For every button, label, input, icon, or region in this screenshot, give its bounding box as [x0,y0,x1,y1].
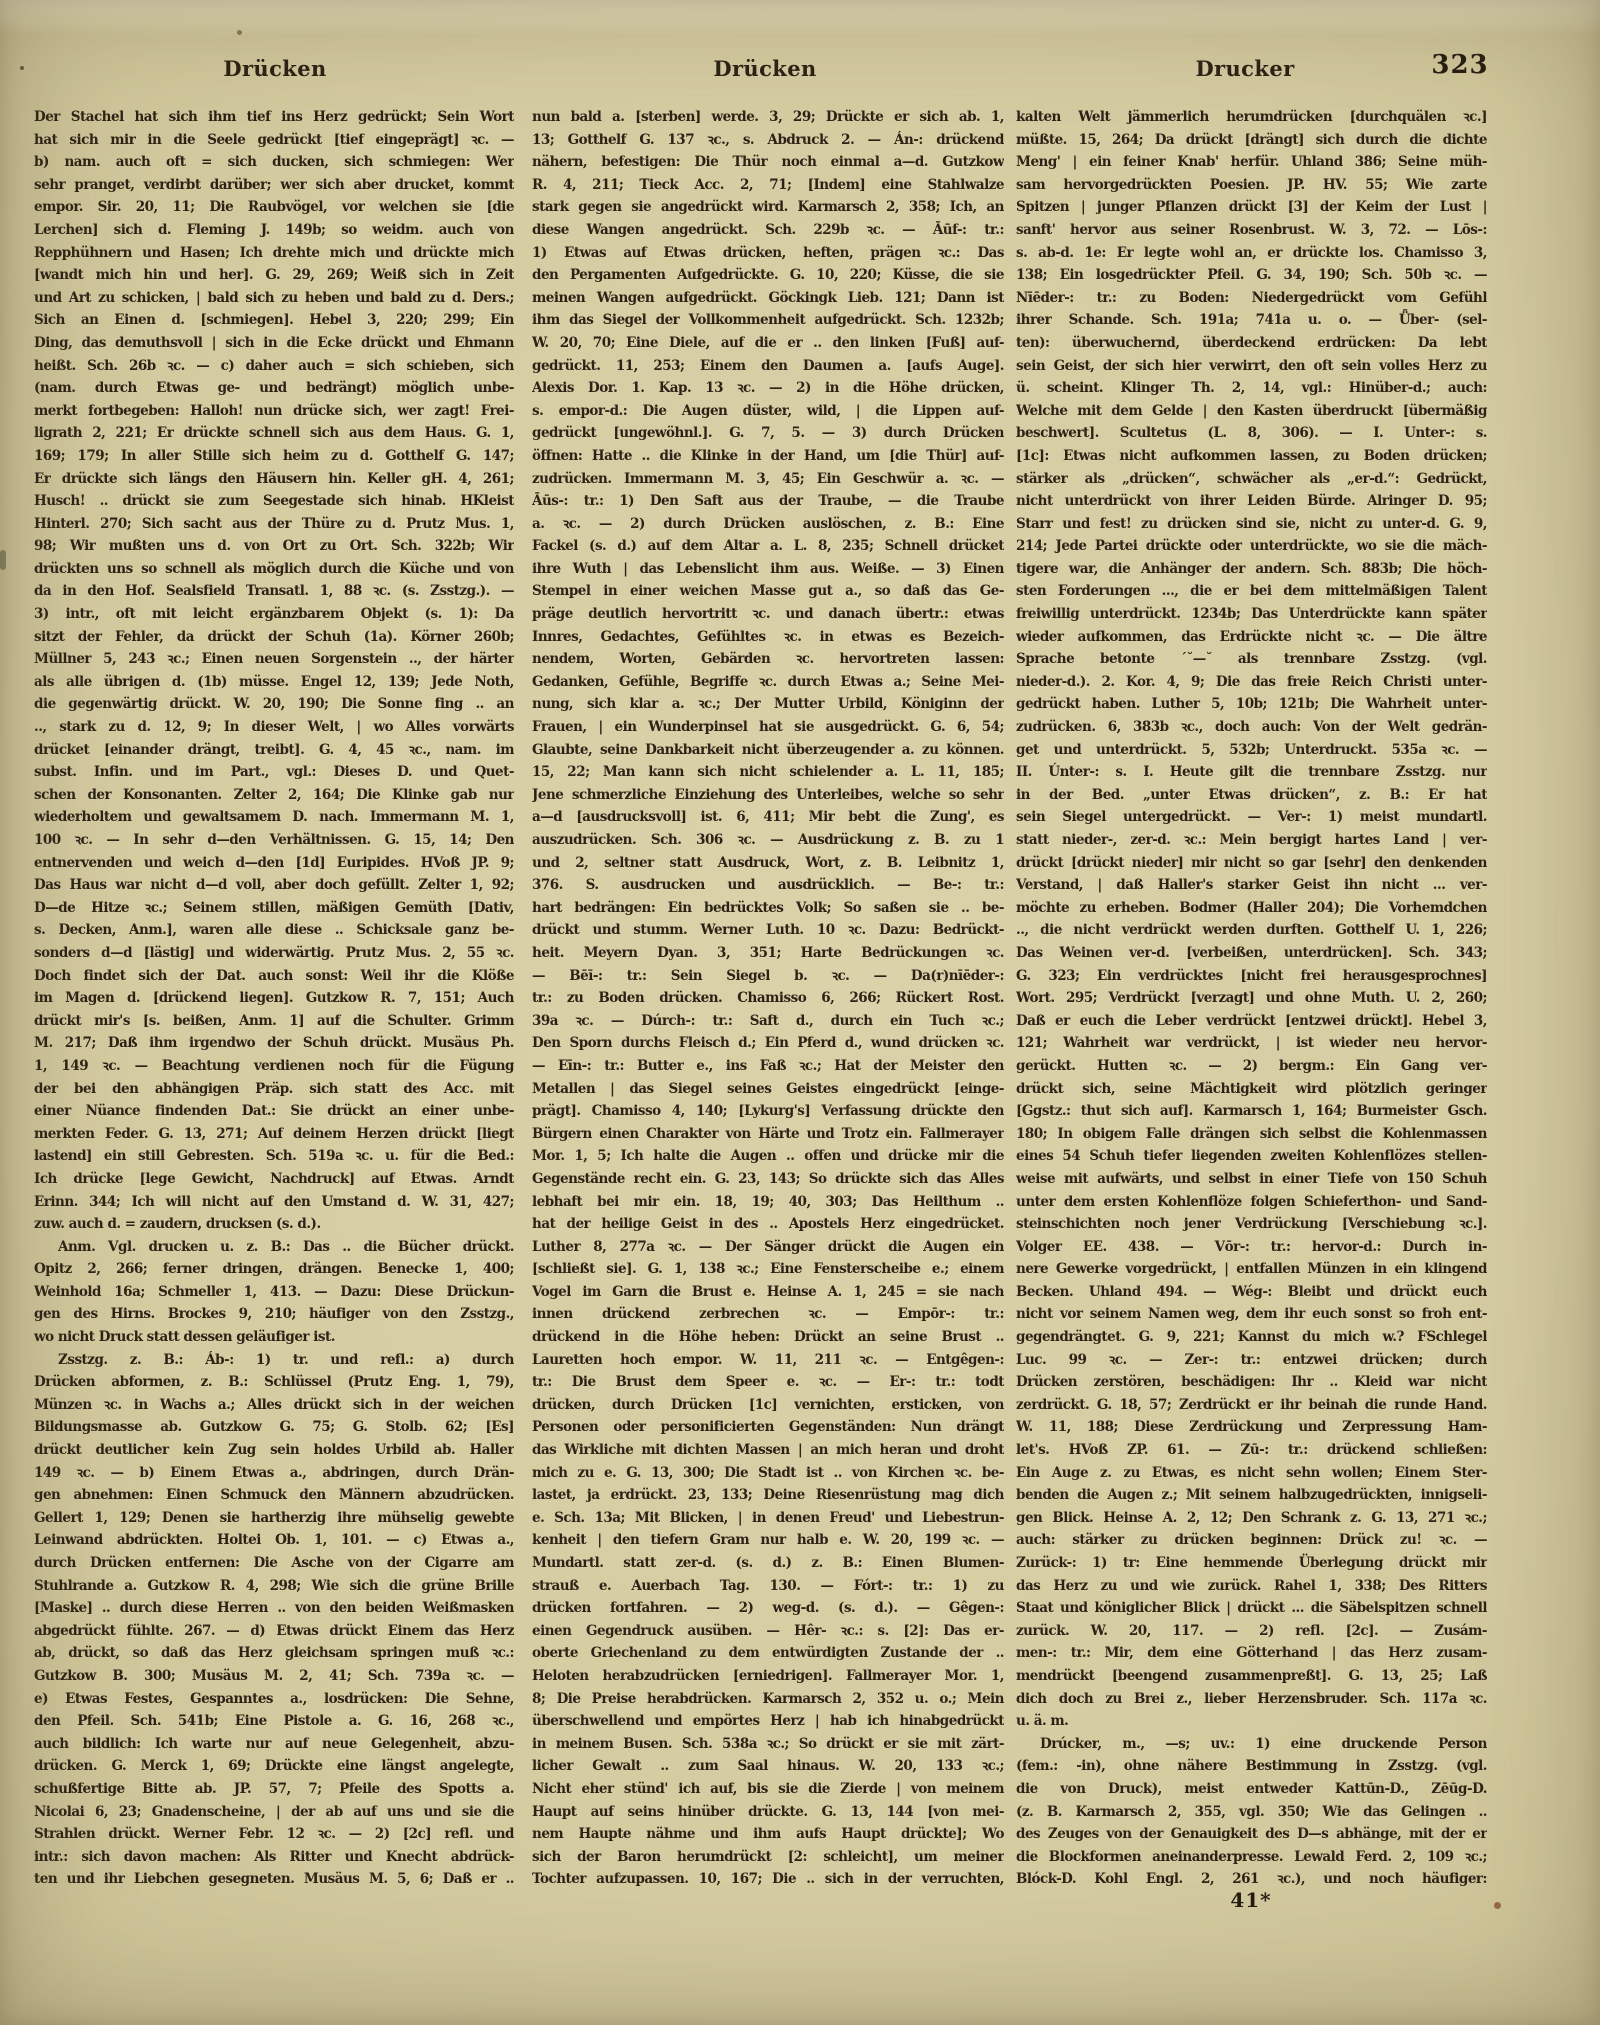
text-line: Gegenstände recht ein. G. 23, 143; So dr… [532,1168,1004,1191]
text-line: 169; 179; In aller Stille sich heim zu d… [34,445,514,468]
text-line: Drúcker, m., —s; uv.: 1) eine druckende … [1016,1733,1487,1756]
text-line: gerückt. Hutten ꝛc. — 2) bergm.: Ein Gan… [1016,1055,1487,1078]
text-line: steinschichten noch jener Verdrückung [V… [1016,1213,1487,1236]
text-line: stark gegen sie angedrückt wird. Karmars… [532,196,1004,219]
text-line: Lauretten hoch empor. W. 11, 211 ꝛc. — E… [532,1349,1004,1372]
text-line: drücken fortfahren. — 2) weg-d. (s. d.).… [532,1597,1004,1620]
text-line: drückend in die Höhe heben: Drückt an se… [532,1326,1004,1349]
text-line: in der Bed. „unter Etwas drücken“, z. B.… [1016,784,1487,807]
text-line: 39a ꝛc. — Dúrch-: tr.: Saft d., durch ei… [532,1010,1004,1033]
text-line: tr.: Die Brust dem Speer e. ꝛc. — Er-: t… [532,1371,1004,1394]
text-line: Hinterl. 270; Sich sacht aus der Thüre z… [34,513,514,536]
text-line: oberte Griechenland zu dem entwürdigten … [532,1642,1004,1665]
text-line: drücken, durch Drücken [1c] vernichten, … [532,1394,1004,1417]
text-line: Metallen | das Siegel seines Geistes ein… [532,1078,1004,1101]
text-line: und Art zu schicken, | bald sich zu hebe… [34,287,514,310]
text-line: Zurück-: 1) tr: Eine hemmende Überlegung… [1016,1552,1487,1575]
scan-speck [237,30,242,35]
text-line: ihrer Schande. Sch. 191a; 741a u. o. — Ǖ… [1016,309,1487,332]
text-line: ligrath 2, 221; Er drückte schnell sich … [34,422,514,445]
text-line: [Maske] .. durch diese Herren .. von den… [34,1597,514,1620]
text-line: stärker als „drücken“, schwächer als „er… [1016,468,1487,491]
text-line: mendrückt [beengend zusammenpreßt]. G. 1… [1016,1665,1487,1688]
text-line: heit. Meyern Dyan. 3, 351; Harte Bedrück… [532,942,1004,965]
text-line: 138; Ein losgedrückter Pfeil. G. 34, 190… [1016,264,1487,287]
text-line: Nicolai 6, 23; Gnadenscheine, | der ab a… [34,1801,514,1824]
text-line: diese Wangen angedrückt. Sch. 229b ꝛc. —… [532,219,1004,242]
text-line: drückt deutlicher kein Zug sein holdes U… [34,1439,514,1462]
text-line: Alexis Dor. 1. Kap. 13 ꝛc. — 2) in die H… [532,377,1004,400]
text-line: Müllner 5, 243 ꝛc.; Einen neuen Sorgenst… [34,648,514,671]
text-line: lebhaft bei mir ein. 18, 19; 40, 303; Da… [532,1191,1004,1214]
text-line: schen der Konsonanten. Zelter 2, 164; Di… [34,784,514,807]
text-line: 1) Etwas auf Etwas drücken, heften, präg… [532,242,1004,265]
text-line: tigere war, die Anhänger der andern. Sch… [1016,558,1487,581]
text-line: wiederholtem und gewaltsamem D. nach. Im… [34,806,514,829]
text-line: der bei den abhängigen Präp. sich statt … [34,1078,514,1101]
text-line: drückt und stumm. Werner Luth. 10 ꝛc. Da… [532,919,1004,942]
text-line: das Herz zu und wie zurück. Rahel 1, 338… [1016,1575,1487,1598]
text-line: ihre Wuth | das Lebenslicht ihm aus. Wei… [532,558,1004,581]
text-line: Husch! .. drückt sie zum Seegestade sich… [34,490,514,513]
text-line: Stuhlrande a. Gutzkow R. 4, 298; Wie sic… [34,1575,514,1598]
text-line: drücken. G. Merck 1, 69; Drückte eine lä… [34,1755,514,1778]
text-line: auch: stärker zu drücken beginnen: Drück… [1016,1529,1487,1552]
text-line: [schließt sie]. G. 1, 138 ꝛc.; Eine Fens… [532,1258,1004,1281]
text-line: .., die nicht verdrückt werden durften. … [1016,919,1487,942]
text-line: gegendrängtet. G. 9, 221; Kannst du mich… [1016,1326,1487,1349]
text-line: einer Nüance findenden Dat.: Sie drückt … [34,1100,514,1123]
text-line: sein Siegel untergedrückt. — Ver-: 1) me… [1016,806,1487,829]
text-line: II. Únter-: s. I. Heute gilt die trennba… [1016,761,1487,784]
text-line: die von Druck), meist entweder Kattūn-D.… [1016,1778,1487,1801]
text-line: gen des Hirns. Brockes 9, 210; häufiger … [34,1303,514,1326]
text-line: Volger EE. 438. — Vōr-: tr.: hervor-d.: … [1016,1236,1487,1259]
text-line: sich der Baron herumdrückt [2: schleicht… [532,1846,1004,1869]
text-line: b) nam. auch oft = sich ducken, sich sch… [34,151,514,174]
text-line: a. ꝛc. — 2) durch Drücken auslöschen, z.… [532,513,1004,536]
text-line: auch bildlich: Ich warte nur auf neue Ge… [34,1733,514,1756]
text-line: überschwellend und empörtes Herz | hab i… [532,1710,1004,1733]
text-line: einen Gegendruck ausüben. — Hêr- ꝛc.: s.… [532,1620,1004,1643]
text-line: innen drückend zerbrechen ꝛc. — Empōr-: … [532,1303,1004,1326]
text-line: beschwert]. Scultetus (L. 8, 306). — I. … [1016,422,1487,445]
text-column-1: Der Stachel hat sich ihm tief ins Herz g… [34,106,514,1891]
text-line: freiwillig unterdrückt. 1234b; Das Unter… [1016,603,1487,626]
text-line: drückt [drückt nieder] mir nicht so gar … [1016,852,1487,875]
text-line: gedrückt [ungewöhnl.]. G. 7, 5. — 3) dur… [532,422,1004,445]
text-line: ab, drückt, so daß das Herz gleichsam sp… [34,1642,514,1665]
text-line: 13; Gotthelf G. 137 ꝛc., s. Abdruck 2. —… [532,129,1004,152]
text-line: Bildungsmasse ab. Gutzkow G. 75; G. Stol… [34,1416,514,1439]
text-line: da in den Hof. Sealsfield Transatl. 1, 8… [34,580,514,603]
text-line: nähern, befestigen: Die Thür noch einmal… [532,151,1004,174]
text-line: Der Stachel hat sich ihm tief ins Herz g… [34,106,514,129]
text-line: nem Haupte nähme und ihm aufs Haupt drüc… [532,1823,1004,1846]
text-line: das Wirkliche mit dichten Massen | an mi… [532,1439,1004,1462]
text-line: Vogel im Garn die Brust e. Heinse A. 1, … [532,1281,1004,1304]
scanned-dictionary-page: { "header": { "left_title": "Drücken", "… [0,0,1600,2025]
text-line: als alle übrigen d. (1b) müsse. Engel 12… [34,671,514,694]
text-line: Ein Auge z. zu Etwas, es nicht sehn woll… [1016,1462,1487,1485]
text-line: 121; Wahrheit war verdrückt, | ist wiede… [1016,1032,1487,1055]
text-line: 100 ꝛc. — In sehr d—den Verhältnissen. G… [34,829,514,852]
text-line: sitzt der Fehler, da drückt der Schuh (1… [34,626,514,649]
text-line: drückt mir's [s. beißen, Anm. 1] auf die… [34,1010,514,1033]
text-line: Drücken zerstören, beschädigen: Ihr .. K… [1016,1371,1487,1394]
text-line: [Ggstz.: thut sich auf]. Karmarsch 1, 16… [1016,1100,1487,1123]
text-line: zudrücken. Immermann M. 3, 45; Ein Gesch… [532,468,1004,491]
text-line: D—de Hitze ꝛc.; Seinem stillen, mäßigen … [34,897,514,920]
text-line: men-: tr.: Mir, dem eine Götterhand | da… [1016,1642,1487,1665]
text-line: lastet, ja erdrückt. 23, 133; Deine Ries… [532,1484,1004,1507]
text-line: Tochter aufzupassen. 10, 167; Die .. sic… [532,1868,1004,1891]
text-line: Jene schmerzliche Einziehung des Unterle… [532,784,1004,807]
scan-speck [1494,1902,1501,1909]
text-line: Nīēder-: tr.: zu Boden: Niedergedrückt v… [1016,287,1487,310]
text-line: Āūs-: tr.: 1) Den Saft aus der Traube, —… [532,490,1004,513]
text-line: R. 4, 211; Tieck Acc. 2, 71; [Indem] ein… [532,174,1004,197]
text-line: die Blockformen aneinanderpresse. Lewald… [1016,1846,1487,1869]
text-line: müßte. 15, 264; Da drückt [drängt] sich … [1016,129,1487,152]
text-line: e. Sch. 13a; Mit Blicken, | in denen Fre… [532,1507,1004,1530]
text-line: get und unterdrückt. 5, 532b; Unterdruck… [1016,739,1487,762]
text-line: entnervenden und weich d—den [1d] Euripi… [34,852,514,875]
text-line: M. 217; Daß ihm irgendwo der Schuh drück… [34,1032,514,1055]
text-line: 1, 149 ꝛc. — Beachtung verdienen noch fü… [34,1055,514,1078]
text-line: — Eīn-: tr.: Butter e., ins Faß ꝛc.; Hat… [532,1055,1004,1078]
text-line: gen abnehmen: Einen Schmuck den Männern … [34,1484,514,1507]
text-line: dich doch zu Brei z., lieber Herzensbrud… [1016,1688,1487,1711]
text-line: nicht vor seinem Namen weg, dem ihr euch… [1016,1303,1487,1326]
text-line: durch Drücken entfernen: Die Asche von d… [34,1552,514,1575]
text-line: Glaubte, seine Dankbarkeit nicht überzeu… [532,739,1004,762]
text-line: den Pfeil. Sch. 541b; Eine Pistole a. G.… [34,1710,514,1733]
text-line: Innres, Gedachtes, Gefühltes ꝛc. in etwa… [532,626,1004,649]
text-line: s. Decken, Anm.], waren alle diese .. Sc… [34,919,514,942]
text-line: ten): überwuchernd, überdeckend erdrücke… [1016,332,1487,355]
text-line: ihm das Siegel der Vollkommenheit aufged… [532,309,1004,332]
text-line: hart bedrängen: Ein bedrücktes Volk; So … [532,897,1004,920]
text-line: 8; Die Preise herabdrücken. Karmarsch 2,… [532,1688,1004,1711]
text-line: Welche mit dem Gelde | den Kasten überdr… [1016,400,1487,423]
text-line: Mor. 1, 5; Ich halte die Augen .. offen … [532,1145,1004,1168]
text-line: sein Geist, der sich hier verwirrt, den … [1016,355,1487,378]
text-line: präge deutlich hervortritt ꝛc. und danac… [532,603,1004,626]
text-line: gedrückt. 11, 253; Einem den Daumen a. [… [532,355,1004,378]
text-line: Repphühnern und Hasen; Ich drehte mich u… [34,242,514,265]
text-line: drückt sich, seine Mächtigkeit wird plöt… [1016,1078,1487,1101]
text-line: hat sich mir in die Seele gedrückt [tief… [34,129,514,152]
scan-speck [20,66,24,70]
text-line: Opitz 2, 266; ferner dringen, drängen. B… [34,1258,514,1281]
text-line: 98; Wir mußten uns d. von Ort zu Ort. Sc… [34,535,514,558]
signature-mark: 41* [1196,1888,1306,1912]
text-line: .., stark zu d. 12, 9; In dieser Welt, |… [34,716,514,739]
text-column-3: kalten Welt jämmerlich herumdrücken [dur… [1016,106,1487,1891]
text-line: Sprache betonte ´˘—˘ als trennbare Zsstz… [1016,648,1487,671]
text-line: nicht unterdrückt von ihrer Leiden Bürde… [1016,490,1487,513]
text-line: tr.: zu Boden drücken. Chamisso 6, 266; … [532,987,1004,1010]
text-line: Doch findet sich der Dat. auch sonst: We… [34,965,514,988]
text-line: sonders d—d [lästig] und widerwärtig. Pr… [34,942,514,965]
text-line: [wandt mich hin und her]. G. 29, 269; We… [34,264,514,287]
text-line: W. 11, 188; Diese Zerdrückung und Zerpre… [1016,1416,1487,1439]
text-line: Wort. 295; Verdrückt [verzagt] und ohne … [1016,987,1487,1010]
text-line: Fackel (s. d.) auf dem Altar a. L. 8, 23… [532,535,1004,558]
text-line: benden die Augen z.; Mit seinem halbzuge… [1016,1484,1487,1507]
text-line: (nam. durch Etwas ge- und bedrängt) mögl… [34,377,514,400]
text-line: intr.: sich davon machen: Als Ritter und… [34,1846,514,1869]
text-line: Weinhold 16a; Schmeller 1, 413. — Dazu: … [34,1281,514,1304]
text-line: Anm. Vgl. drucken u. z. B.: Das .. die B… [34,1236,514,1259]
text-line: Drücken abformen, z. B.: Schlüssel (Prut… [34,1371,514,1394]
text-line: eines 54 Schuh tiefer liegenden zweiten … [1016,1145,1487,1168]
text-line: s. ab-d. 1e: Er legte wohl an, er drückt… [1016,242,1487,265]
text-line: Verstand, | daß Haller's starker Geist i… [1016,874,1487,897]
text-line: — Bēī-: tr.: Sein Siegel b. ꝛc. — Da(r)n… [532,965,1004,988]
text-line: Staat und königlicher Blick | drückt ...… [1016,1597,1487,1620]
text-line: Luc. 99 ꝛc. — Zer-: tr.: entzwei drücken… [1016,1349,1487,1372]
text-line: drückten uns so schnell als möglich durc… [34,558,514,581]
text-line: licher Gewalt .. zum Saal hinaus. W. 20,… [532,1755,1004,1778]
text-line: nere Gewerke vorgedrückt, | entfallen Mü… [1016,1258,1487,1281]
text-line: Haupt auf seins hinüber drückte. G. 13, … [532,1801,1004,1824]
text-line: Gellert 1, 129; Denen sie hartherzig ihr… [34,1507,514,1530]
text-line: Gedanken, Gefühle, Begriffe ꝛc. durch Et… [532,671,1004,694]
text-line: ten und ihr Liebchen gesegneten. Musäus … [34,1868,514,1891]
text-line: abgedrückt fühlte. 267. — d) Etwas drück… [34,1620,514,1643]
text-line: strauß e. Auerbach Tag. 130. — Fórt-: tr… [532,1575,1004,1598]
running-head-left: Drücken [170,56,380,82]
text-line: Luther 8, 277a ꝛc. — Der Sänger drückt d… [532,1236,1004,1259]
text-line: Nicht eher stünd' ich auf, bis sie die Z… [532,1778,1004,1801]
text-line: sanft' hervor aus seiner Rosenbrust. W. … [1016,219,1487,242]
text-line: Den Sporn durchs Fleisch d.; Ein Pferd d… [532,1032,1004,1055]
text-line: zuw. auch d. = zaudern, drucksen (s. d.)… [34,1213,514,1236]
text-line: den Pergamenten Aufgedrückte. G. 10, 220… [532,264,1004,287]
text-line: Heloten herabzudrücken [erniedrigen]. Fa… [532,1665,1004,1688]
text-line: gedrückt haben. Luther 5, 10b; 121b; Die… [1016,693,1487,716]
text-line: sehr pranget, verdirbt darüber; wer sich… [34,174,514,197]
text-column-2: nun bald a. [sterben] werde. 3, 29; Drüc… [532,106,1004,1891]
text-line: nendem, Worten, Gebärden ꝛc. hervortrete… [532,648,1004,671]
text-line: Daß er euch die Leber verdrückt [entzwei… [1016,1010,1487,1033]
text-line: in meinem Busen. Sch. 538a ꝛc.; So drück… [532,1733,1004,1756]
text-line: Erinn. 344; Ich will nicht auf den Umsta… [34,1191,514,1214]
text-line: empor. Sir. 20, 11; Die Raubvögel, vor w… [34,196,514,219]
text-line: Mundartl. statt zer-d. (s. d.) z. B.: Ei… [532,1552,1004,1575]
text-line: statt nieder-, zer-d. ꝛc.: Mein bergigt … [1016,829,1487,852]
text-line: prägt]. Chamisso 4, 140; [Lykurg's] Verf… [532,1100,1004,1123]
text-line: Gutzkow B. 300; Musäus M. 2, 41; Sch. 73… [34,1665,514,1688]
text-line: Ding, das demuthsvoll | sich in die Ecke… [34,332,514,355]
text-line: kenheit | den tiefern Gram nur halb e. W… [532,1529,1004,1552]
text-line: wo nicht Druck statt dessen geläufiger i… [34,1326,514,1349]
text-line: W. 20, 70; Eine Diele, auf die er .. den… [532,332,1004,355]
text-line: sten Forderungen ..., die er bei dem mit… [1016,580,1487,603]
text-line: wieder aufkommen, das Erdrückte nicht ꝛc… [1016,626,1487,649]
text-line: s. empor-d.: Die Augen düster, wild, | d… [532,400,1004,423]
text-line: Spitzen | junger Pflanzen drückt [3] der… [1016,196,1487,219]
text-line: 3) intr., oft mit leicht ergänzbarem Obj… [34,603,514,626]
text-line: weise mit aufwärts, und selbst in einer … [1016,1168,1487,1191]
text-line: a—d [ausdrucksvoll] ist. 6, 411; Mir beb… [532,806,1004,829]
text-line: G. 323; Ein verdrücktes [nicht frei hera… [1016,965,1487,988]
text-line: Münzen ꝛc. in Wachs a.; Alles drückt sic… [34,1394,514,1417]
text-line: nieder-d.). 2. Kor. 4, 9; Die das freie … [1016,671,1487,694]
text-line: drücket [einander drängt, treibt]. G. 4,… [34,739,514,762]
text-line: u. ä. m. [1016,1710,1487,1733]
text-line: und 2, seltner statt Ausdruck, Wort, z. … [532,852,1004,875]
text-line: Ich drücke [lege Gewicht, Nachdruck] auf… [34,1168,514,1191]
text-line: Strahlen drückt. Werner Febr. 12 ꝛc. — 2… [34,1823,514,1846]
text-line: Er drückte sich längs den Häusern hin. K… [34,468,514,491]
text-line: let's. HVoß ZP. 61. — Zū-: tr.: drückend… [1016,1439,1487,1462]
text-line: öffnen: Hatte .. die Klinke in der Hand,… [532,445,1004,468]
text-line: Becken. Uhland 494. — Wég-: Bleibt und d… [1016,1281,1487,1304]
text-line: meinen Wangen aufgedrückt. Göckingk Lieb… [532,287,1004,310]
page-number: 323 [1412,50,1508,80]
text-line: sam hervorgedrückten Poesien. JP. HV. 55… [1016,174,1487,197]
text-line: heißt. Sch. 26b ꝛc. — c) daher auch = si… [34,355,514,378]
text-line: Das Weinen ver-d. [verbeißen, unterdrück… [1016,942,1487,965]
text-line: 376. S. ausdrucken und ausdrücklich. — B… [532,874,1004,897]
text-line: e) Etwas Festes, Gespanntes a., losdrück… [34,1688,514,1711]
text-line: (z. B. Karmarsch 2, 355, vgl. 350; Wie d… [1016,1801,1487,1824]
text-line: unter dem ersten Kohlenflöze folgen Schi… [1016,1191,1487,1214]
text-line: zurück. W. 20, 117. — 2) refl. [2c]. — Z… [1016,1620,1487,1643]
text-line: möchte zu erheben. Bodmer (Haller 204); … [1016,897,1487,920]
text-line: merkten Feder. G. 13, 271; Auf deinem He… [34,1123,514,1146]
text-line: auszudrücken. Sch. 306 ꝛc. — Ausdrückung… [532,829,1004,852]
text-line: merkt fortbegeben: Halloh! nun drücke si… [34,400,514,423]
text-line: lastend] ein still Gebresten. Sch. 519a … [34,1145,514,1168]
text-line: Leinwand abdrückten. Holtei Ob. 1, 101. … [34,1529,514,1552]
text-line: Stempel in einer weichen Masse gut a., s… [532,580,1004,603]
text-line: 149 ꝛc. — b) Einem Etwas a., abdringen, … [34,1462,514,1485]
running-head-right: Drucker [1140,56,1350,82]
text-line: Lerchen] sich d. Fleming J. 149b; so wei… [34,219,514,242]
text-line: schußfertige Bitte ab. JP. 57, 7; Pfeile… [34,1778,514,1801]
text-line: gen Blick. Heinse A. 2, 12; Den Schrank … [1016,1507,1487,1530]
text-line: Meng' | ein feiner Knab' herfür. Uhland … [1016,151,1487,174]
text-line: kalten Welt jämmerlich herumdrücken [dur… [1016,106,1487,129]
text-line: im Magen d. [drückend liegen]. Gutzkow R… [34,987,514,1010]
text-line: subst. Infin. und im Part., vgl.: Dieses… [34,761,514,784]
text-line: mich zu e. G. 13, 300; Die Stadt ist .. … [532,1462,1004,1485]
text-line: die gegenwärtig drückt. W. 20, 190; Die … [34,693,514,716]
text-line: ü. scheint. Klinger Th. 2, 14, vgl.: Hin… [1016,377,1487,400]
text-line: nun bald a. [sterben] werde. 3, 29; Drüc… [532,106,1004,129]
text-line: Personen oder personificierten Gegenstän… [532,1416,1004,1439]
text-line: zudrücken. 6, 383b ꝛc., doch auch: Von d… [1016,716,1487,739]
text-line: nung, sich klar a. ꝛc.; Der Mutter Urbil… [532,693,1004,716]
text-line: (fem.: -in), ohne nähere Bestimmung in Z… [1016,1755,1487,1778]
text-line: Starr und fest! zu drücken sind sie, nic… [1016,513,1487,536]
text-line: zerdrückt. G. 18, 57; Zerdrückt er ihr b… [1016,1394,1487,1417]
text-line: Sich an Einen d. [schmiegen]. Hebel 3, 2… [34,309,514,332]
text-line: 180; In obigem Falle drängen sich selbst… [1016,1123,1487,1146]
text-line: Zsstzg. z. B.: Áb-: 1) tr. und refl.: a)… [34,1349,514,1372]
paper-fold-highlight [0,0,1600,36]
text-line: hat der heilige Geist in des .. Apostels… [532,1213,1004,1236]
text-line: Bürgern einen Charakter von Härte und Tr… [532,1123,1004,1146]
text-line: 15, 22; Man kann sich nicht schielender … [532,761,1004,784]
running-head-center: Drücken [660,56,870,82]
scan-speck [0,550,6,570]
text-line: 214; Jede Partei drückte oder unterdrück… [1016,535,1487,558]
text-line: des Zeuges von der Genauigkeit des D—s a… [1016,1823,1487,1846]
text-line: Frauen, | ein Wunderpinsel hat sie ausge… [532,716,1004,739]
text-line: [1c]: Etwas nicht aufkommen lassen, zu B… [1016,445,1487,468]
text-line: Das Haus war nicht d—d voll, aber doch g… [34,874,514,897]
